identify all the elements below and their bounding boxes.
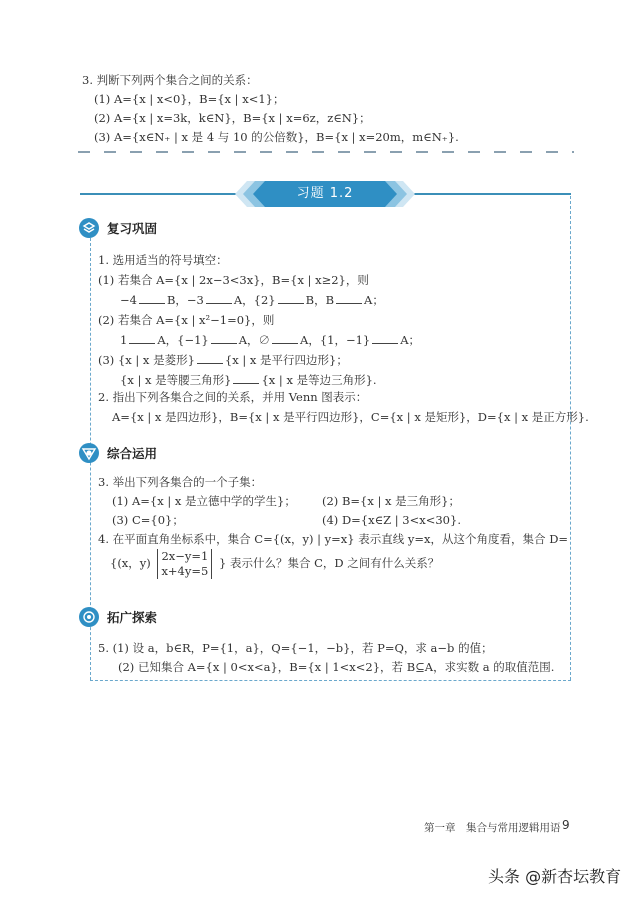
- section-explore-header: 拓广探索: [79, 607, 157, 627]
- q4-line-2: {(x，y) 2x−y=1 x+4y=5 } 表示什么？集合 C，D 之间有什么…: [110, 549, 439, 579]
- exercise-3-title: 3. 判断下列两个集合之间的关系：: [82, 72, 258, 88]
- q1-part-2: (2) 若集合 A={x | x²−1=0}，则: [98, 312, 274, 328]
- text: A，{2}: [234, 293, 276, 307]
- text: B，−3: [167, 293, 204, 307]
- q2-title: 2. 指出下列各集合之间的关系，并用 Venn 图表示：: [98, 389, 367, 405]
- exercise-3-item-2: (2) A={x | x=3k，k∈N}，B={x | x=6z，z∈N}；: [94, 110, 371, 126]
- section-review-title: 复习巩固: [107, 219, 157, 237]
- answer-blank: [372, 332, 398, 344]
- watermark: 头条 @新杏坛教育: [488, 864, 621, 887]
- q3-item-3: (3) C={0}；: [112, 512, 184, 528]
- exercise-3-item-1: (1) A={x | x<0}，B={x | x<1}；: [94, 91, 284, 107]
- q1-part-3b: {x | x 是等腰三角形}{x | x 是等边三角形}.: [120, 372, 377, 388]
- exercise-banner: 习题 1.2: [235, 181, 415, 207]
- q1-part-1: (1) 若集合 A={x | 2x−3<3x}，B={x | x≥2}，则: [98, 272, 369, 288]
- text: A，∅: [239, 333, 270, 347]
- answer-blank: [233, 372, 259, 384]
- section-apply-title: 综合运用: [107, 444, 157, 462]
- q1-part-3: (3) {x | x 是菱形}{x | x 是平行四边形}；: [98, 352, 348, 368]
- frame-border-bottom: [90, 680, 571, 681]
- text: } 表示什么？集合 C，D 之间有什么关系？: [219, 556, 439, 570]
- banner-title: 习题 1.2: [235, 181, 415, 207]
- q4-line-1: 4. 在平面直角坐标系中，集合 C={(x，y) | y=x} 表示直线 y=x…: [98, 531, 568, 547]
- text: A；: [400, 333, 420, 347]
- section-apply-header: 综合运用: [79, 443, 157, 463]
- q5-part-1: 5. (1) 设 a，b∈R，P={1，a}，Q={−1，−b}，若 P=Q，求…: [98, 640, 493, 656]
- q2-body: A={x | x 是四边形}，B={x | x 是平行四边形}，C={x | x…: [112, 409, 589, 425]
- answer-blank: [197, 352, 223, 364]
- q5-part-2: (2) 已知集合 A={x | 0<x<a}，B={x | 1<x<2}，若 B…: [118, 659, 554, 675]
- answer-blank: [139, 292, 165, 304]
- text: −4: [120, 293, 137, 307]
- layers-icon: [79, 218, 99, 238]
- text: {x | x 是平行四边形}；: [225, 353, 348, 367]
- equation-system: 2x−y=1 x+4y=5: [157, 549, 212, 579]
- explore-icon: [79, 607, 99, 627]
- footer-chapter: 第一章 集合与常用逻辑用语: [424, 820, 561, 835]
- section-explore-title: 拓广探索: [107, 608, 157, 626]
- banner-rule-right: [412, 193, 571, 195]
- q1-title: 1. 选用适当的符号填空：: [98, 252, 228, 268]
- q3-title: 3. 举出下列各集合的一个子集：: [98, 474, 262, 490]
- text: A，{−1}: [157, 333, 208, 347]
- section-separator: [78, 151, 574, 153]
- answer-blank: [278, 292, 304, 304]
- answer-blank: [129, 332, 155, 344]
- exercise-3-item-3: (3) A={x∈N₊ | x 是 4 与 10 的公倍数}，B={x | x=…: [94, 129, 459, 145]
- text: {x | x 是等边三角形}.: [261, 373, 376, 387]
- text: 1: [120, 333, 127, 347]
- answer-blank: [336, 292, 362, 304]
- q1-part-2-blanks: 1A，{−1}A，∅A，{1，−1}A；: [120, 332, 420, 348]
- equation-2: x+4y=5: [161, 564, 208, 579]
- q1-part-1-blanks: −4B，−3A，{2}B，BA；: [120, 292, 384, 308]
- answer-blank: [206, 292, 232, 304]
- banner-rule-left: [80, 193, 242, 195]
- text: {x | x 是等腰三角形}: [120, 373, 231, 387]
- text: {(x，y): [110, 556, 151, 570]
- text: A，{1，−1}: [300, 333, 370, 347]
- text: B，B: [306, 293, 334, 307]
- target-icon: [79, 443, 99, 463]
- page-number: 9: [562, 818, 570, 832]
- q3-item-4: (4) D={x∈Z | 3<x<30}.: [322, 512, 461, 528]
- answer-blank: [211, 332, 237, 344]
- section-review-header: 复习巩固: [79, 218, 157, 238]
- answer-blank: [272, 332, 298, 344]
- equation-1: 2x−y=1: [161, 549, 208, 564]
- q3-item-1: (1) A={x | x 是立德中学的学生}；: [112, 493, 296, 509]
- text: A；: [364, 293, 384, 307]
- text: (3) {x | x 是菱形}: [98, 353, 195, 367]
- frame-border-right: [570, 196, 571, 680]
- q3-item-2: (2) B={x | x 是三角形}；: [322, 493, 460, 509]
